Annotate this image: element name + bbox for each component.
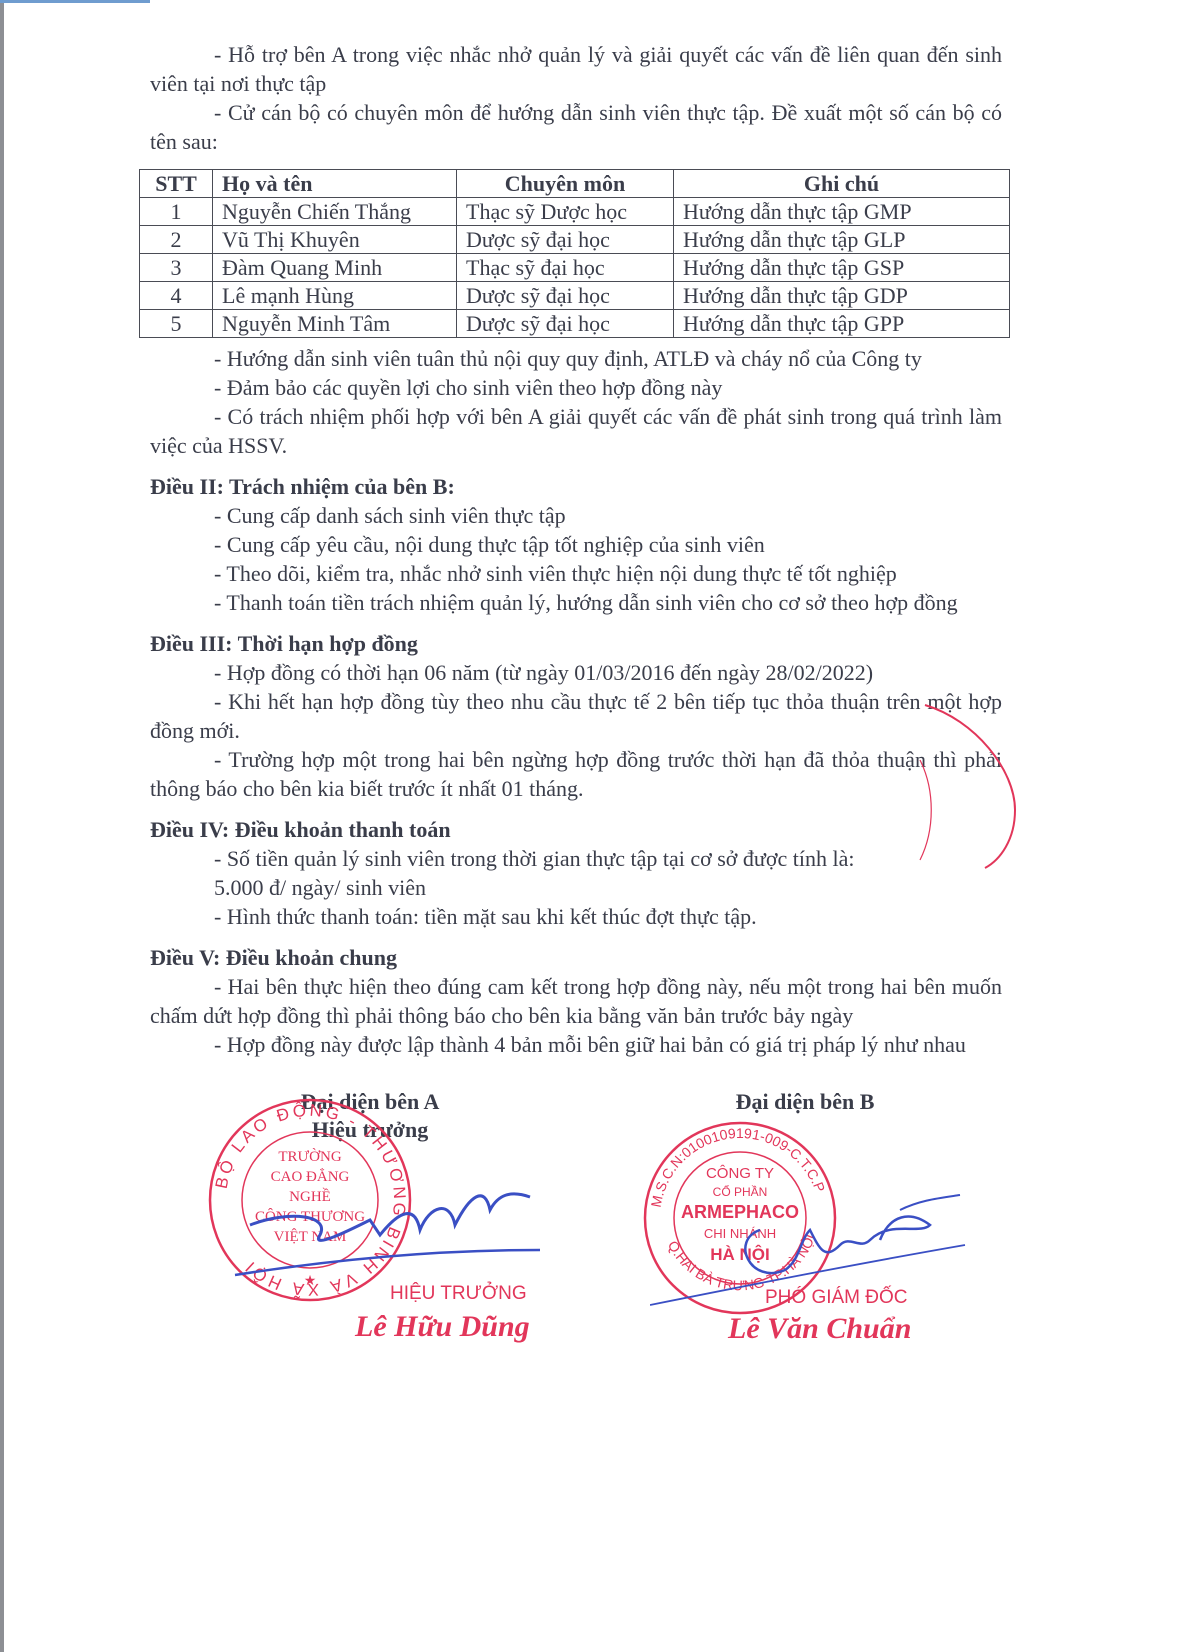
duty-line-3: - Có trách nhiệm phối hợp với bên A giải… — [150, 402, 1002, 460]
article-4-item: - Số tiền quản lý sinh viên trong thời g… — [150, 844, 1002, 873]
cell-note: Hướng dẫn thực tập GLP — [674, 226, 1010, 254]
col-note: Ghi chú — [674, 170, 1010, 198]
cell-name: Nguyễn Chiến Thắng — [213, 198, 457, 226]
party-b-heading: Đại diện bên B — [665, 1088, 945, 1116]
cell-specialty: Dược sỹ đại học — [457, 310, 674, 338]
table-row: 5Nguyễn Minh TâmDược sỹ đại họcHướng dẫn… — [140, 310, 1010, 338]
article-4-amount: 5.000 đ/ ngày/ sinh viên — [150, 873, 1002, 902]
article-4-item: - Hình thức thanh toán: tiền mặt sau khi… — [150, 902, 1002, 931]
article-2-item: - Theo dõi, kiểm tra, nhắc nhở sinh viên… — [150, 559, 1002, 588]
cell-stt: 1 — [140, 198, 213, 226]
article-5-item: - Hợp đồng này được lập thành 4 bản mỗi … — [150, 1030, 1002, 1059]
cell-name: Nguyễn Minh Tâm — [213, 310, 457, 338]
cell-name: Đàm Quang Minh — [213, 254, 457, 282]
duty-line-1: - Hướng dẫn sinh viên tuân thủ nội quy q… — [150, 344, 1002, 373]
cell-note: Hướng dẫn thực tập GSP — [674, 254, 1010, 282]
article-3-item: - Hợp đồng có thời hạn 06 năm (từ ngày 0… — [150, 658, 1002, 687]
cell-stt: 2 — [140, 226, 213, 254]
cell-name: Vũ Thị Khuyên — [213, 226, 457, 254]
article-2-item: - Thanh toán tiền trách nhiệm quản lý, h… — [150, 588, 1002, 617]
cell-specialty: Thạc sỹ Dược học — [457, 198, 674, 226]
table-header-row: STT Họ và tên Chuyên môn Ghi chú — [140, 170, 1010, 198]
article-3-item: - Khi hết hạn hợp đồng tùy theo nhu cầu … — [150, 687, 1002, 745]
intro-line-2: - Cử cán bộ có chuyên môn để hướng dẫn s… — [150, 98, 1002, 156]
svg-text:TRƯỜNG: TRƯỜNG — [278, 1148, 341, 1165]
cell-specialty: Dược sỹ đại học — [457, 282, 674, 310]
scan-top-mark — [0, 0, 150, 3]
svg-text:CÔNG TY: CÔNG TY — [706, 1165, 774, 1182]
cell-name: Lê mạnh Hùng — [213, 282, 457, 310]
article-2-title: Điều II: Trách nhiệm của bên B: — [150, 472, 1002, 501]
intro-line-1: - Hỗ trợ bên A trong việc nhắc nhở quản … — [150, 40, 1002, 98]
party-b-signature-heading: Đại diện bên B — [665, 1088, 945, 1116]
staff-table: STT Họ và tên Chuyên môn Ghi chú 1Nguyễn… — [139, 169, 1010, 338]
cell-note: Hướng dẫn thực tập GPP — [674, 310, 1010, 338]
article-5-item: - Hai bên thực hiện theo đúng cam kết tr… — [150, 972, 1002, 1030]
article-3-item: - Trường hợp một trong hai bên ngừng hợp… — [150, 745, 1002, 803]
col-specialty: Chuyên môn — [457, 170, 674, 198]
cell-stt: 3 — [140, 254, 213, 282]
article-5-title: Điều V: Điều khoản chung — [150, 943, 1002, 972]
col-stt: STT — [140, 170, 213, 198]
party-a-handwritten-signature-icon — [230, 1175, 550, 1285]
cell-note: Hướng dẫn thực tập GDP — [674, 282, 1010, 310]
table-row: 2Vũ Thị KhuyênDược sỹ đại họcHướng dẫn t… — [140, 226, 1010, 254]
col-name: Họ và tên — [213, 170, 457, 198]
table-row: 4Lê mạnh HùngDược sỹ đại họcHướng dẫn th… — [140, 282, 1010, 310]
party-b-signer-name: Lê Văn Chuẩn — [728, 1312, 911, 1346]
cell-specialty: Thạc sỹ đại học — [457, 254, 674, 282]
contract-page: - Hỗ trợ bên A trong việc nhắc nhở quản … — [150, 40, 1002, 1059]
table-row: 3Đàm Quang MinhThạc sỹ đại họcHướng dẫn … — [140, 254, 1010, 282]
cell-stt: 4 — [140, 282, 213, 310]
article-4-title: Điều IV: Điều khoản thanh toán — [150, 815, 1002, 844]
scan-edge — [0, 0, 4, 1652]
duty-line-2: - Đảm bảo các quyền lợi cho sinh viên th… — [150, 373, 1002, 402]
partial-stamp-icon — [915, 700, 1025, 870]
cell-note: Hướng dẫn thực tập GMP — [674, 198, 1010, 226]
article-2-item: - Cung cấp yêu cầu, nội dung thực tập tố… — [150, 530, 1002, 559]
table-row: 1Nguyễn Chiến ThắngThạc sỹ Dược họcHướng… — [140, 198, 1010, 226]
party-a-title-stamp: HIỆU TRƯỞNG — [390, 1283, 527, 1305]
cell-stt: 5 — [140, 310, 213, 338]
article-3-title: Điều III: Thời hạn hợp đồng — [150, 629, 1002, 658]
article-2-item: - Cung cấp danh sách sinh viên thực tập — [150, 501, 1002, 530]
cell-specialty: Dược sỹ đại học — [457, 226, 674, 254]
party-a-signer-name: Lê Hữu Dũng — [355, 1310, 530, 1344]
party-b-title-stamp: PHÓ GIÁM ĐỐC — [765, 1287, 908, 1309]
